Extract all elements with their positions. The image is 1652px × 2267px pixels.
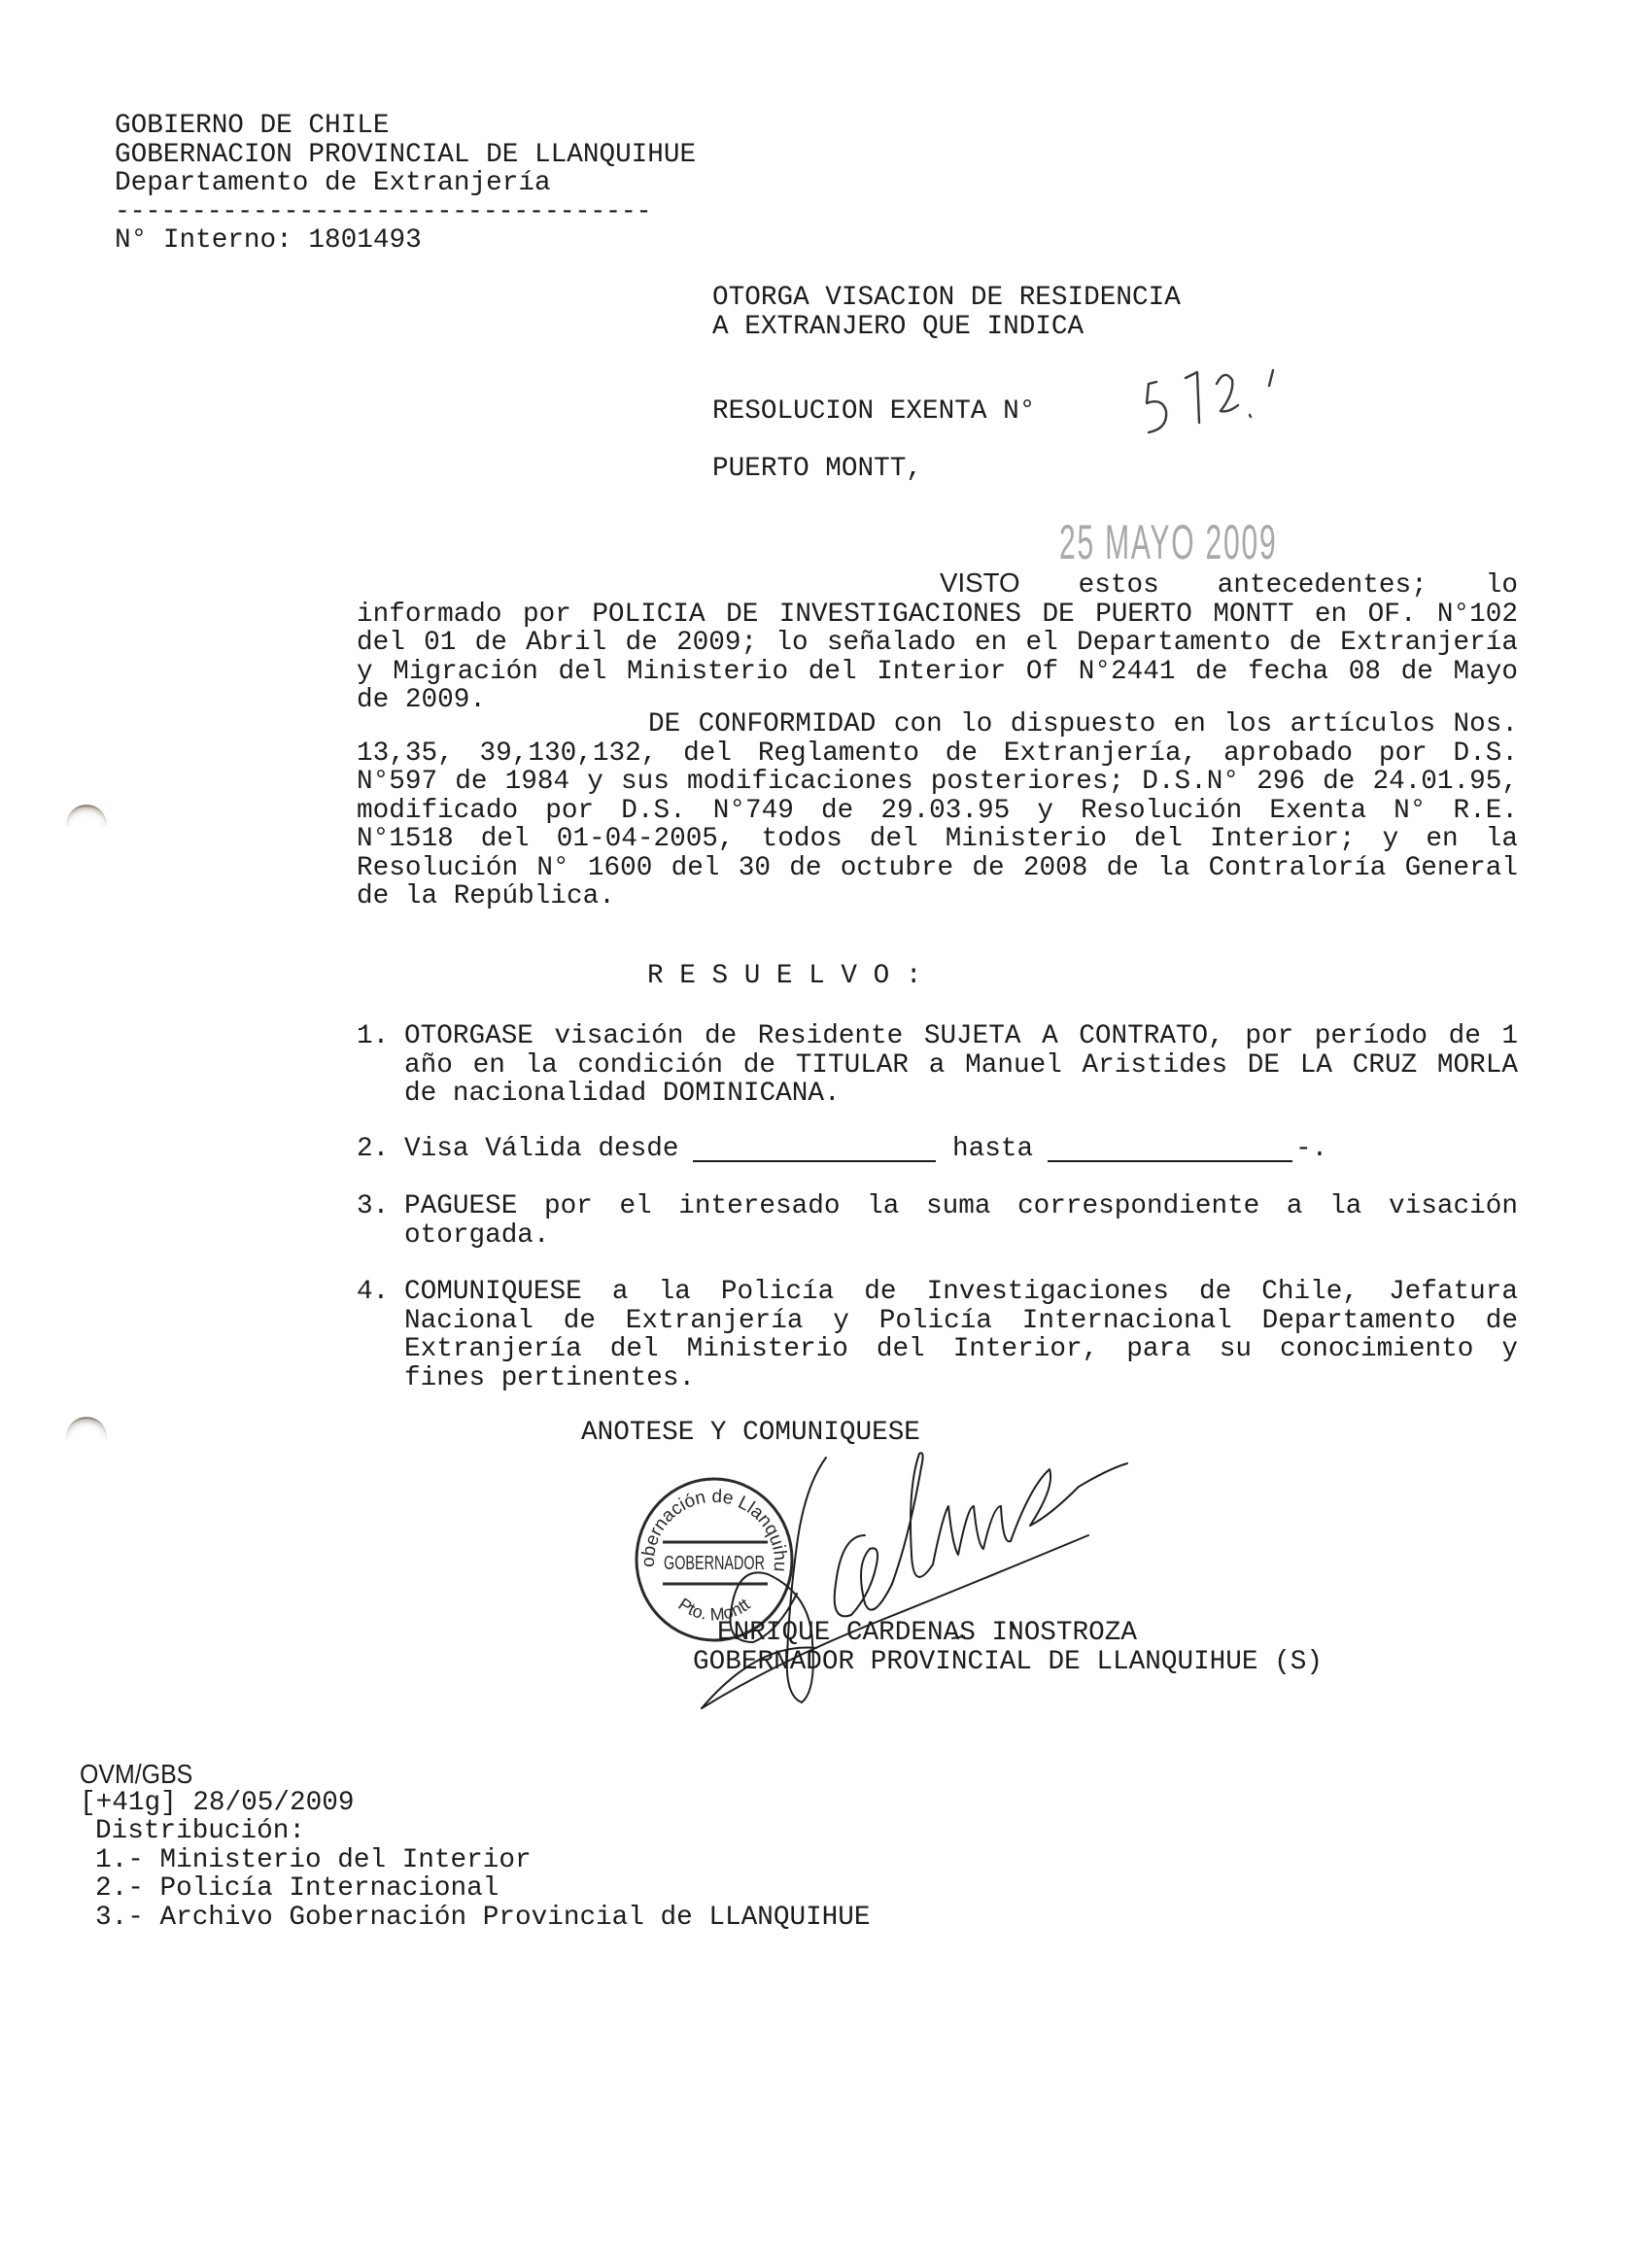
hole-punch-mark — [66, 1417, 107, 1458]
footer-initials: OVM/GBS — [80, 1760, 205, 1792]
item-3-lead: PAGUESE — [404, 1191, 517, 1221]
item-2-label-to: hasta — [952, 1135, 1033, 1164]
item-4-lead: COMUNIQUESE — [404, 1277, 582, 1307]
distribution-item: 2.- Policía Internacional — [95, 1874, 499, 1904]
closing-phrase: ANOTESE Y COMUNIQUESE — [581, 1419, 920, 1448]
item-1-number: 1. — [357, 1022, 389, 1051]
subject-line-2: A EXTRANJERO QUE INDICA — [712, 313, 1084, 342]
internal-number: N° Interno: 1801493 — [115, 226, 422, 256]
item-1-lead: OTORGASE — [404, 1021, 533, 1051]
item-3-text: PAGUESE por el interesado la suma corres… — [404, 1192, 1518, 1250]
conformidad-lead: DE CONFORMIDAD — [648, 709, 876, 739]
handwritten-resolution-number — [1135, 355, 1329, 452]
valid-from-blank[interactable] — [693, 1160, 936, 1162]
visto-lead: VISTO — [648, 568, 1020, 598]
item-4-number: 4. — [357, 1278, 389, 1307]
footer-ref-date: [+41g] 28/05/2009 — [80, 1789, 354, 1818]
conformidad-text: con lo dispuesto en los artículos Nos. 1… — [357, 709, 1518, 911]
resolution-place: PUERTO MONTT, — [712, 455, 922, 484]
resolution-label: RESOLUCION EXENTA N° — [712, 397, 1035, 427]
subject-line-1: OTORGA VISACION DE RESIDENCIA — [712, 284, 1181, 313]
conformidad-paragraph: DE CONFORMIDAD con lo dispuesto en los a… — [357, 710, 1518, 911]
hole-punch-mark — [66, 805, 107, 845]
item-4-text: COMUNIQUESE a la Policía de Investigacio… — [404, 1278, 1518, 1392]
header-government: GOBIERNO DE CHILE — [115, 112, 389, 141]
signer-title: GOBERNADOR PROVINCIAL DE LLANQUIHUE (S) — [693, 1648, 1323, 1677]
item-2-end: -. — [1295, 1135, 1327, 1164]
distribution-item: 1.- Ministerio del Interior — [95, 1846, 532, 1875]
item-3-number: 3. — [357, 1192, 389, 1221]
item-2-label-from: Visa Válida desde — [404, 1135, 678, 1164]
signer-name: ENRIQUE CARDENAS INOSTROZA — [717, 1619, 1137, 1648]
date-stamp: 25 MAYO 2009 — [1059, 518, 1278, 567]
item-2-number: 2. — [357, 1135, 389, 1164]
valid-to-blank[interactable] — [1048, 1160, 1292, 1162]
header-separator: ----------------------------------- — [115, 198, 651, 227]
distribution-item: 3.- Archivo Gobernación Provincial de LL… — [95, 1904, 871, 1933]
resuelvo-heading: R E S U E L V O : — [647, 962, 921, 991]
distribution-label: Distribución: — [95, 1817, 305, 1846]
visto-paragraph: VISTO estos antecedentes; lo informado p… — [357, 568, 1518, 715]
item-1-text: OTORGASE visación de Residente SUJETA A … — [404, 1022, 1518, 1109]
header-governorship: GOBERNACION PROVINCIAL DE LLANQUIHUE — [115, 141, 696, 170]
header-department: Departamento de Extranjería — [115, 169, 551, 198]
